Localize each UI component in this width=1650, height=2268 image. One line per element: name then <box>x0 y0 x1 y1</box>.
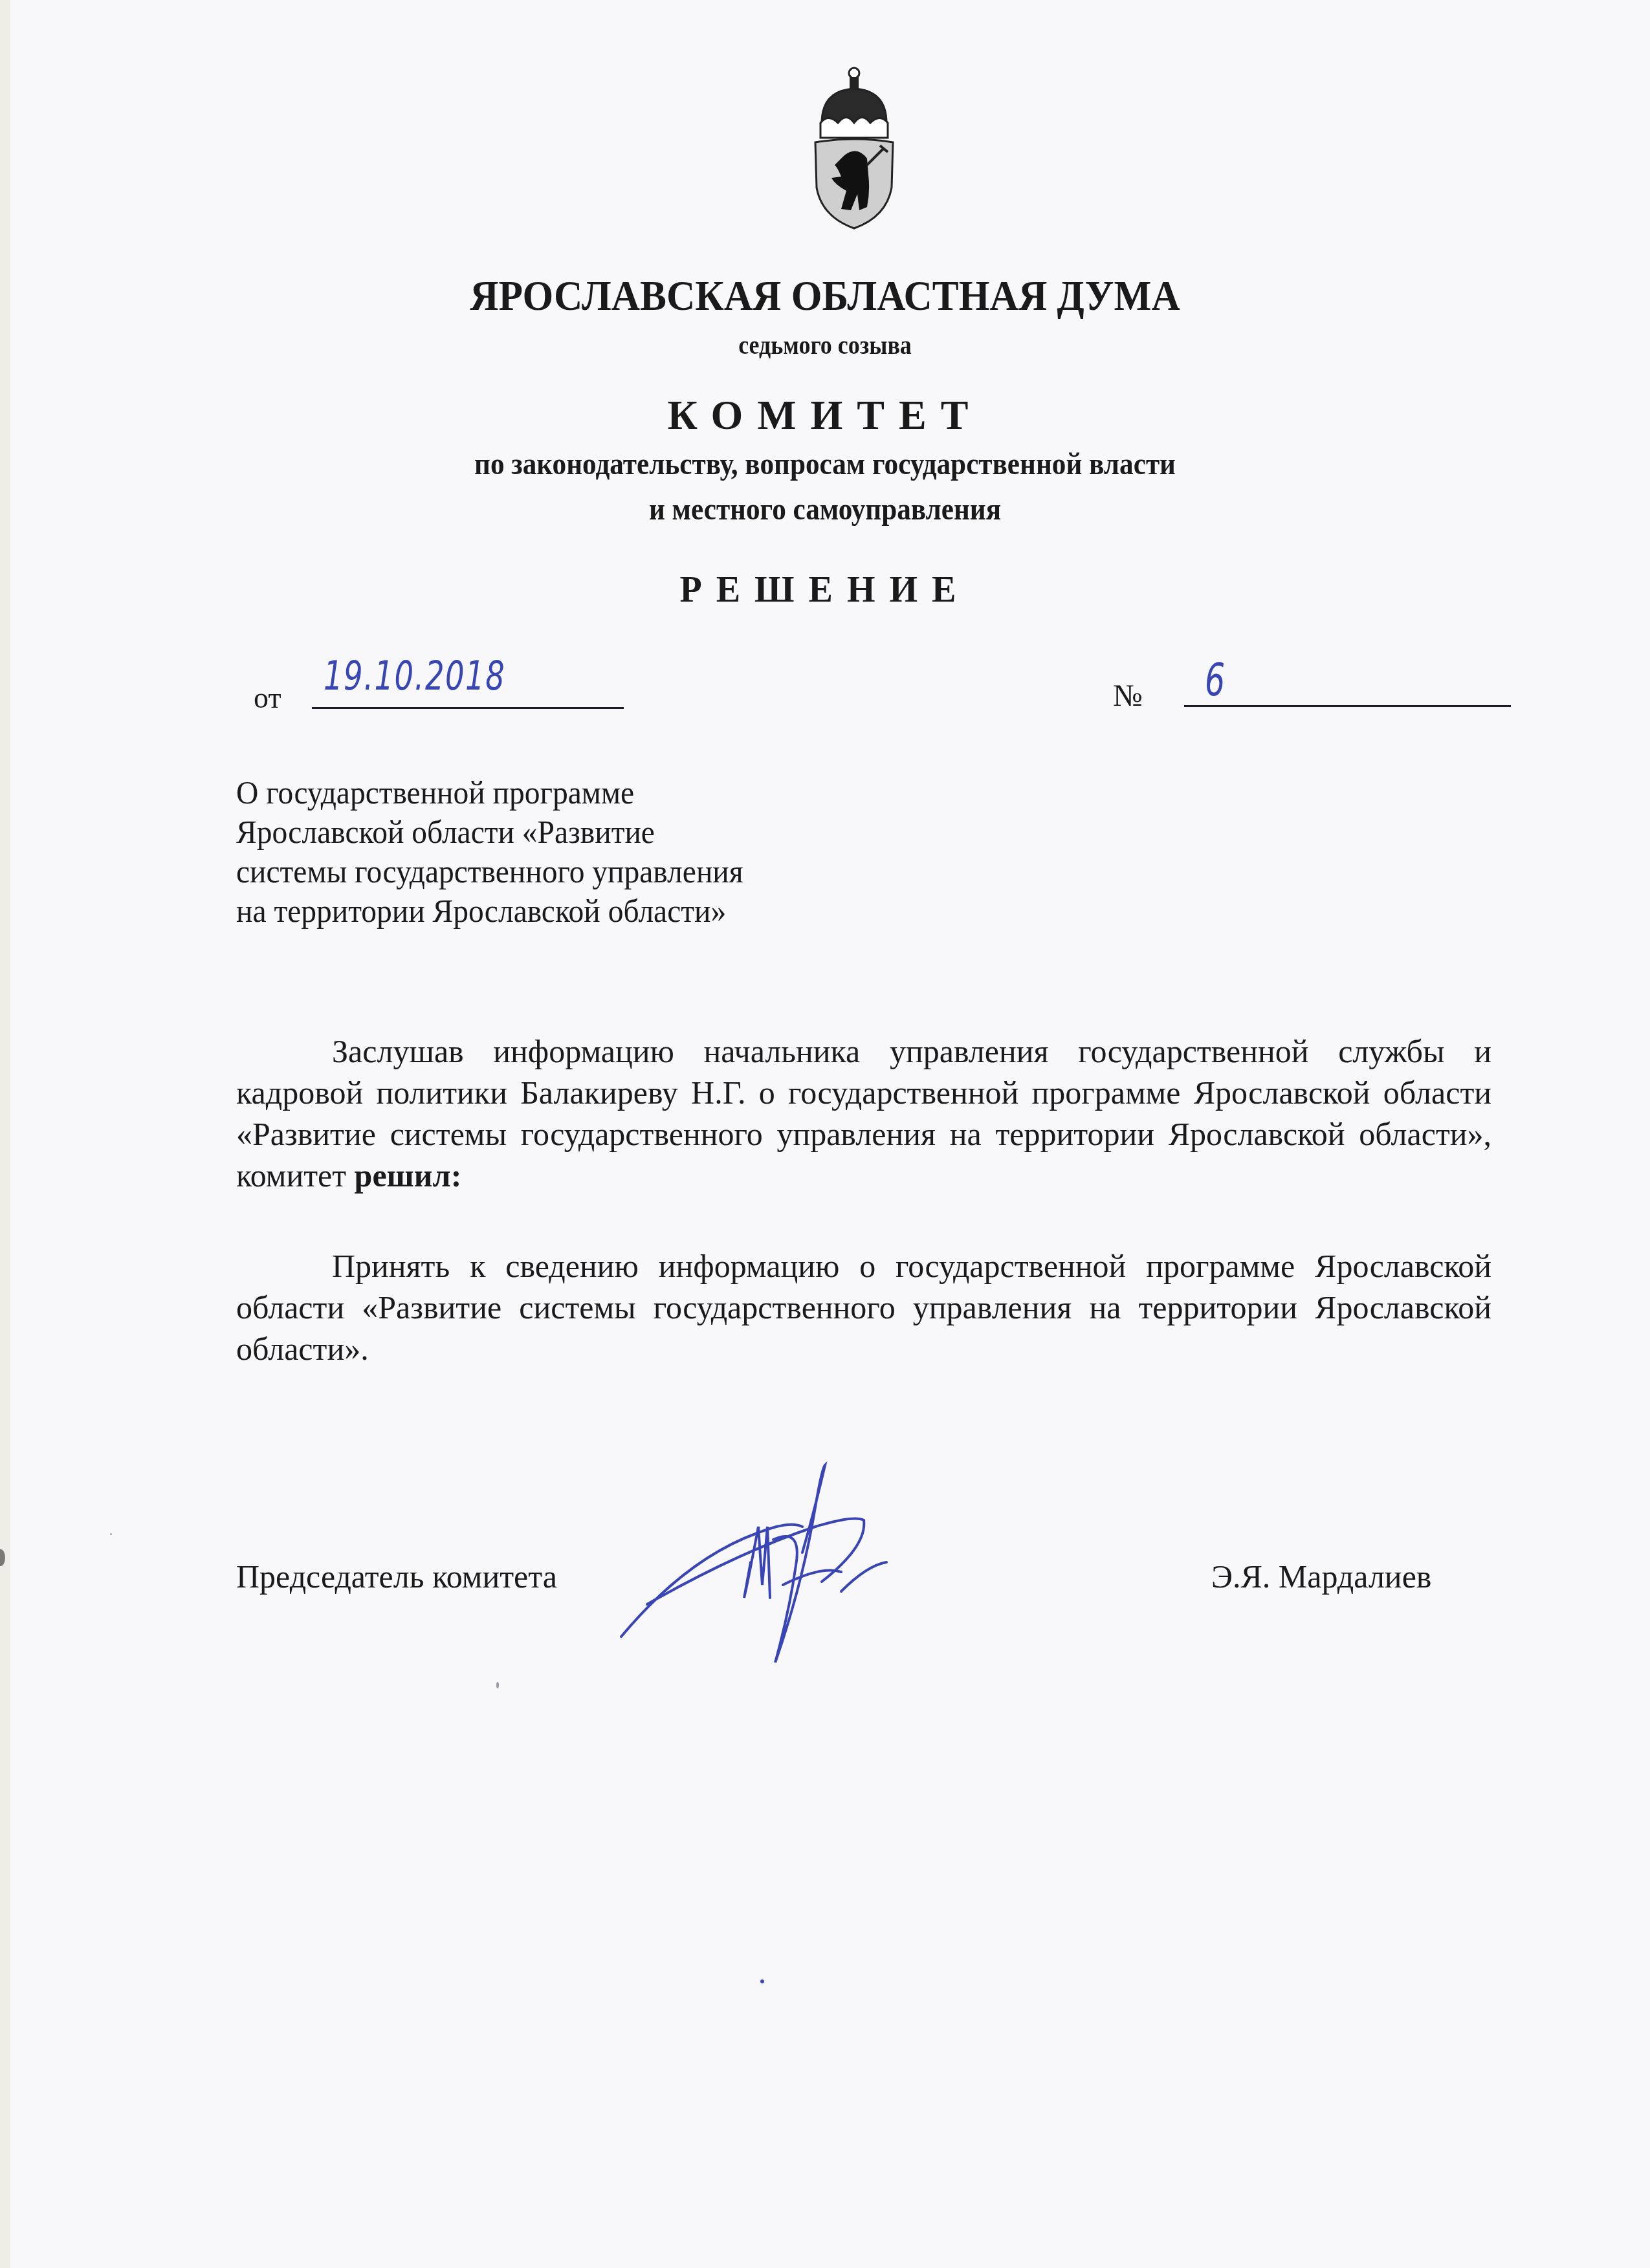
scan-speck <box>110 1533 112 1535</box>
date-label: от <box>254 681 281 715</box>
subject-line: системы государственного управления <box>236 852 743 891</box>
subject-line: Ярославской области «Развитие <box>236 812 743 852</box>
date-value-handwritten: 19.10.2018 <box>324 652 505 699</box>
convocation-subtitle: седьмого созыва <box>83 330 1568 360</box>
body-paragraph-2: Принять к сведению информацию о государс… <box>236 1245 1491 1369</box>
document-type-title: РЕШЕНИЕ <box>0 569 1650 611</box>
scan-speck <box>496 1682 499 1688</box>
handwritten-signature-icon <box>608 1456 1100 1669</box>
number-label: № <box>1113 678 1143 714</box>
signer-name: Э.Я. Мардалиев <box>1211 1558 1431 1595</box>
body-paragraph-1: Заслушав информацию начальника управлени… <box>236 1030 1491 1196</box>
signer-title: Председатель комитета <box>236 1558 557 1595</box>
yaroslavl-coat-of-arms-icon <box>809 61 899 230</box>
subject-heading: О государственной программе Ярославской … <box>236 773 743 931</box>
organization-title: ЯРОСЛАВСКАЯ ОБЛАСТНАЯ ДУМА <box>58 272 1592 321</box>
document-page: ЯРОСЛАВСКАЯ ОБЛАСТНАЯ ДУМА седьмого созы… <box>0 0 1650 2268</box>
decided-keyword: решил: <box>355 1157 462 1194</box>
paragraph-2-text: Принять к сведению информацию о государс… <box>236 1248 1491 1367</box>
committee-subtitle-line2: и местного самоуправления <box>83 492 1568 527</box>
committee-title: КОМИТЕТ <box>0 391 1650 439</box>
ink-speck <box>760 1979 764 1983</box>
number-value-handwritten: 6 <box>1205 653 1225 706</box>
subject-line: О государственной программе <box>236 773 743 812</box>
number-underline <box>1184 705 1511 707</box>
committee-subtitle-line1: по законодательству, вопросам государств… <box>83 446 1568 482</box>
subject-line: на территории Ярославской области» <box>236 891 743 931</box>
scan-edge-strip <box>0 0 10 2268</box>
date-underline <box>312 707 624 709</box>
